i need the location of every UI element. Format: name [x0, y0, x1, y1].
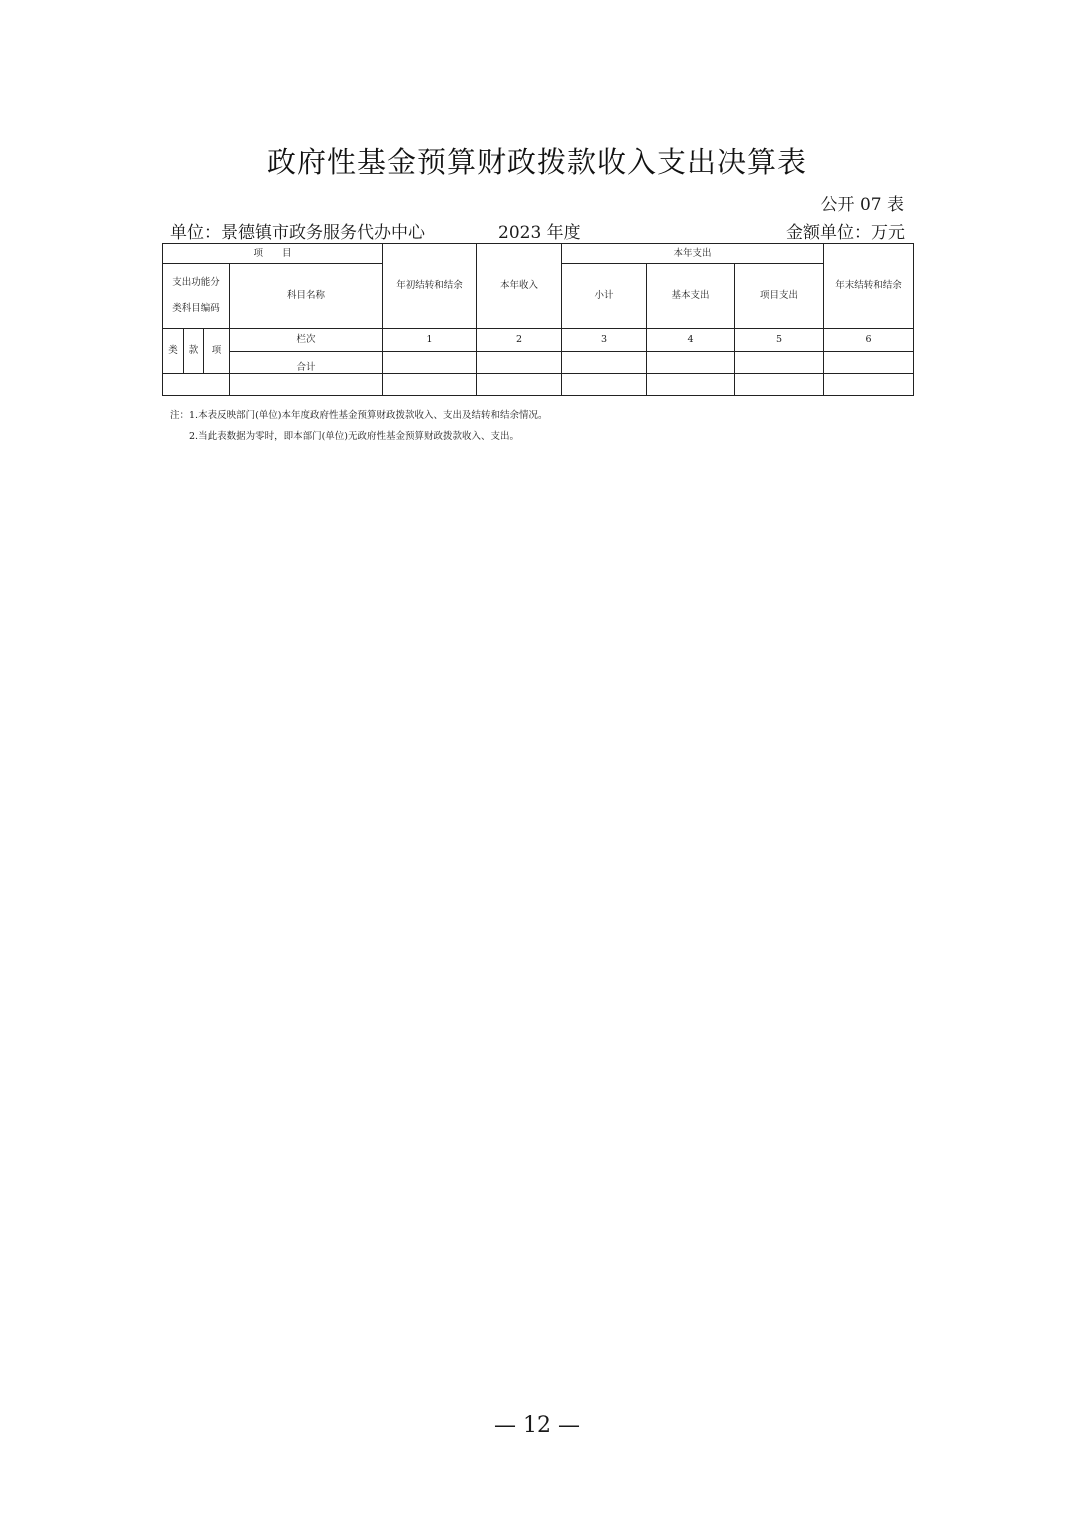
column-index-label: 栏次 — [230, 329, 383, 352]
total-cell — [647, 352, 735, 374]
notes: 注：1.本表反映部门(单位)本年度政府性基金预算财政拨款收入、支出及结转和结余情… — [170, 405, 547, 447]
header-code-category: 支出功能分 类科目编码 — [163, 264, 230, 329]
header-code-line1: 支出功能分 — [163, 270, 229, 296]
row-cell — [735, 374, 824, 396]
header-kuan: 款 — [184, 329, 204, 374]
header-end-balance: 年末结转和结余 — [824, 244, 914, 329]
header-current-expense: 本年支出 — [562, 244, 824, 264]
total-label: 合计 — [230, 352, 383, 374]
column-index: 1 — [383, 329, 477, 352]
document-title: 政府性基金预算财政拨款收入支出决算表 — [0, 140, 1074, 181]
column-index: 2 — [477, 329, 562, 352]
row-code — [163, 374, 230, 396]
row-cell — [824, 374, 914, 396]
note-1: 注：1.本表反映部门(单位)本年度政府性基金预算财政拨款收入、支出及结转和结余情… — [170, 405, 547, 426]
total-cell — [383, 352, 477, 374]
unit-name: 单位：景德镇市政务服务代办中心 — [170, 218, 425, 243]
header-basic-expense: 基本支出 — [647, 264, 735, 329]
amount-unit: 金额单位：万元 — [786, 218, 905, 243]
row-cell — [477, 374, 562, 396]
header-xiang: 项 — [204, 329, 230, 374]
header-begin-balance: 年初结转和结余 — [383, 244, 477, 329]
fiscal-year: 2023 年度 — [498, 218, 581, 243]
page-number: — 12 — — [0, 1413, 1074, 1438]
unit-line: 单位：景德镇市政务服务代办中心 2023 年度 金额单位：万元 — [170, 218, 905, 240]
total-cell — [824, 352, 914, 374]
total-cell — [477, 352, 562, 374]
header-subtotal: 小计 — [562, 264, 647, 329]
column-index: 4 — [647, 329, 735, 352]
row-name — [230, 374, 383, 396]
total-cell — [735, 352, 824, 374]
header-project-expense: 项目支出 — [735, 264, 824, 329]
row-cell — [383, 374, 477, 396]
header-current-income: 本年收入 — [477, 244, 562, 329]
total-cell — [562, 352, 647, 374]
note-2: 2.当此表数据为零时，即本部门(单位)无政府性基金预算财政拨款收入、支出。 — [170, 426, 547, 447]
table-row — [163, 374, 914, 396]
header-subject-name: 科目名称 — [230, 264, 383, 329]
budget-table: 项 目 年初结转和结余 本年收入 本年支出 年末结转和结余 支出功能分 类科目编… — [162, 243, 914, 396]
header-item: 项 目 — [163, 244, 383, 264]
table-number: 公开 07 表 — [821, 190, 904, 215]
header-code-line2: 类科目编码 — [163, 296, 229, 322]
column-index: 5 — [735, 329, 824, 352]
row-cell — [647, 374, 735, 396]
column-index: 6 — [824, 329, 914, 352]
header-lei: 类 — [163, 329, 184, 374]
row-cell — [562, 374, 647, 396]
column-index: 3 — [562, 329, 647, 352]
